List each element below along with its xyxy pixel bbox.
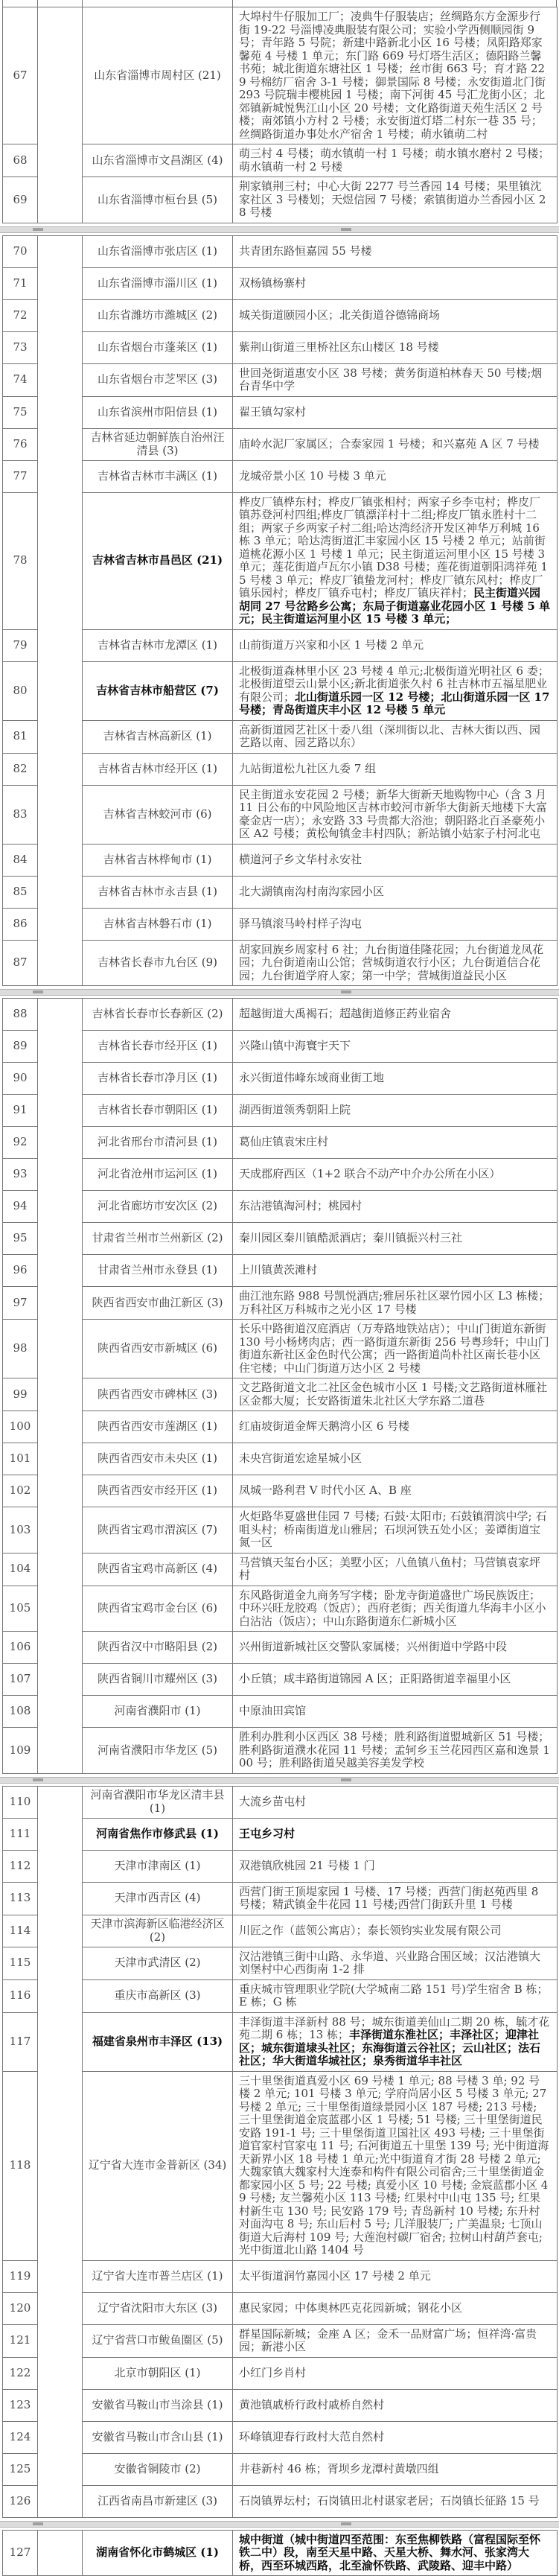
address-cell: 庙岭水泥厂家属区；合泰家园 1 号楼；和兴嘉苑 A 区 7 号楼 (233, 428, 558, 460)
address-segment: 小丘镇；咸丰路街道锦园 A 区；正阳路街道幸福里小区 (239, 1672, 511, 1685)
address-cell: 惠民家园；中体奥林匹克花园新城；钢花小区 (233, 2292, 558, 2324)
address-cell: 共青团东路恒嘉园 55 号楼 (233, 235, 558, 267)
region-cell: 辽宁省大连市金普新区 (34) (83, 2071, 233, 2260)
address-cell: 北极街道森林里小区 23 号楼 4 单元;北极街道光明社区 6 委；北极街道望云… (233, 661, 558, 720)
address-cell: 大流乡苗屯村 (233, 1786, 558, 1818)
row-number-cell: 116 (3, 1979, 38, 2012)
address-segment: 兴州街道新城社区交警队家属楼；兴州街道中学路中段 (239, 1640, 507, 1653)
address-segment: 汉沽港镇三街中山路、永华道、兴业路合围区域；汉沽港镇大刘堡村中心西街南 1-2 … (239, 1950, 540, 1976)
address-segment: 太平街道润竹嘉园小区 17 号楼 2 单元 (239, 2269, 431, 2283)
address-cell: 葛仙庄镇袁宋庄村 (233, 1127, 558, 1159)
table-row: 90吉林省长春市净月区 (1)永兴街道伟峰东域商业街工地 (3, 1063, 558, 1095)
page-break-tick (341, 990, 351, 993)
table-row: 98陕西省西安市新城区 (6)长乐中路街道汉庭酒店（万寿路地铁站店）；中山门街道… (3, 1320, 558, 1378)
region-cell: 陕西省西安市新城区 (6) (83, 1320, 233, 1378)
row-number-cell: 104 (3, 1553, 38, 1586)
table-row: 77吉林省吉林市丰满区 (1)龙城帝景小区 10 号楼 3 单元 (3, 460, 558, 492)
address-segment: 萌三村 4 号楼；萌水镇萌一村 1 号楼；萌水镇水磨村 2 号楼；萌水镇萌一村 … (239, 147, 549, 174)
address-segment: 双港镇欣桃园 21 号楼 1 门 (239, 1859, 375, 1872)
page-break-tick (341, 228, 351, 231)
table-row: 95甘肃省兰州市兰州新区 (2)秦川园区秦川镇酷派酒店；秦川镇振兴村三社 (3, 1223, 558, 1255)
region-cell: 陕西省西安市莲湖区 (1) (83, 1411, 233, 1443)
region-cell: 吉林省吉林市昌邑区 (21) (83, 492, 233, 629)
address-segment: 曲江池东路 988 号凯悦酒店;雅居乐社区翠竹园小区 L3 栋楼；万科社区万科城… (239, 1289, 549, 1316)
address-cell: 兴州街道新城社区交警队家属楼；兴州街道中学路中段 (233, 1632, 558, 1664)
address-cell: 小丘镇；咸丰路街道锦园 A 区；正阳路街道幸福里小区 (233, 1664, 558, 1696)
row-number-cell: 81 (3, 720, 38, 753)
address-segment: 东沽港镇淘河村；桃园村 (239, 1199, 362, 1212)
address-segment: 火炬路华夏盛世佳园 7 号楼; 石鼓·太阳市; 石鼓镇渭滨中学; 石咀头村；桥南… (239, 1510, 546, 1549)
table-row: 117福建省泉州市丰泽区 (13)丰泽街道丰泽新村 88 号；城东街道美仙山二期… (3, 2012, 558, 2071)
address-segment: 中原油田宾馆 (239, 1704, 306, 1717)
table-row: 104陕西省宝鸡市高新区 (4)马营镇天玺台小区；美墅小区；八鱼镇八鱼村；马营镇… (3, 1553, 558, 1586)
address-cell: 凤城一路利君 V 时代小区 A、B 座 (233, 1475, 558, 1507)
row-number-cell: 103 (3, 1507, 38, 1553)
region-cell: 安徽省铜陵市 (2) (83, 2453, 233, 2485)
address-cell: 胜利办胜利小区西区 38 号楼；胜利路街道盟城新区 51 号楼；胜利路街道濮水花… (233, 1728, 558, 1774)
table-row: 67山东省淄博市周村区 (21)大埠村牛仔服加工厂；凌典牛仔服装店；丝绸路东方金… (3, 7, 558, 144)
spacer-column-cell (38, 7, 83, 223)
table-row: 126江西省南昌市新建区 (3)石岗镇界坛村；石岗镇田北村谌家老居；石岗镇长征路… (3, 2485, 558, 2517)
row-number-cell: 85 (3, 876, 38, 908)
address-cell: 超越街道大禹褐石；超越街道修正药业宿舍 (233, 999, 558, 1031)
region-cell: 江西省南昌市新建区 (3) (83, 2485, 233, 2517)
address-cell: 丰泽街道丰泽新村 88 号；城东街道美仙山二期 20 栋，毓才花苑二期 6 栋；… (233, 2012, 558, 2071)
table-row: 127湖南省怀化市鹤城区 (1)城中街道（城中街道四至范围：东至焦柳铁路（富程国… (3, 2530, 558, 2576)
row-number-cell: 70 (3, 235, 38, 267)
table-row: 101陕西省西安市未央区 (1)未央宫街道宏途星城小区 (3, 1443, 558, 1475)
address-cell: 汉沽港镇三街中山路、永华道、兴业路合围区域；汉沽港镇大刘堡村中心西街南 1-2 … (233, 1947, 558, 1979)
row-number-cell: 87 (3, 940, 38, 986)
region-cell: 吉林省延边朝鲜族自治州汪清县 (3) (83, 428, 233, 460)
table-row: 89吉林省长春市经开区 (1)兴隆山镇中海寰宇天下 (3, 1031, 558, 1063)
region-cell: 山东省烟台市芝罘区 (3) (83, 363, 233, 396)
region-cell: 山东省淄博市周村区 (21) (83, 7, 233, 144)
row-number-cell: 67 (3, 7, 38, 144)
address-cell: 太平街道润竹嘉园小区 17 号楼 2 单元 (233, 2260, 558, 2292)
row-number-cell: 76 (3, 428, 38, 460)
address-segment: 民主街道永安花园 2 号楼；新华大街新天地购物中心（含 3 月 11 日公布的中… (239, 788, 547, 841)
region-cell: 天津市西青区 (4) (83, 1882, 233, 1915)
address-segment: 王屯乡习村 (239, 1827, 295, 1840)
risk-area-table-section-2: 70山东省淄博市张店区 (1)共青团东路恒嘉园 55 号楼71山东省淄博市淄川区… (2, 235, 558, 987)
address-segment: 永兴街道伟峰东域商业街工地 (239, 1071, 384, 1084)
region-cell: 辽宁省营口市鲅鱼圈区 (5) (83, 2324, 233, 2357)
spacer-column-cell (38, 2530, 83, 2576)
risk-area-table-section-5: 127湖南省怀化市鹤城区 (1)城中街道（城中街道四至范围：东至焦柳铁路（富程国… (2, 2530, 558, 2576)
row-number-cell: 115 (3, 1947, 38, 1979)
address-cell: 火炬路华夏盛世佳园 7 号楼; 石鼓·太阳市; 石鼓镇渭滨中学; 石咀头村；桥南… (233, 1507, 558, 1553)
row-number-cell: 108 (3, 1696, 38, 1728)
region-cell: 陕西省宝鸡市金台区 (6) (83, 1586, 233, 1632)
table-row: 73山东省烟台市蓬莱区 (1)紫荆山街道三里桥社区东山楼区 18 号楼 (3, 331, 558, 363)
risk-area-table-section-1: 67山东省淄博市周村区 (21)大埠村牛仔服加工厂；凌典牛仔服装店；丝绸路东方金… (2, 7, 558, 223)
address-cell: 曲江池东路 988 号凯悦酒店;雅居乐社区翠竹园小区 L3 栋楼；万科社区万科城… (233, 1287, 558, 1320)
row-number-cell: 74 (3, 363, 38, 396)
table-row: 122北京市朝阳区 (1)小红门乡肖村 (3, 2357, 558, 2389)
row-number-cell: 119 (3, 2260, 38, 2292)
region-cell: 山东省淄博市张店区 (1) (83, 235, 233, 267)
table-row: 106陕西省汉中市略阳县 (2)兴州街道新城社区交警队家属楼；兴州街道中学路中段 (3, 1632, 558, 1664)
region-cell: 吉林省长春市朝阳区 (1) (83, 1095, 233, 1127)
region-cell: 陕西省西安市碑林区 (3) (83, 1378, 233, 1411)
address-segment: 重庆城市管理职业学院(大学城南二路 151 号)学生宿舍 B 栋；E 栋；G 栋 (239, 1982, 548, 2009)
region-cell: 福建省泉州市丰泽区 (13) (83, 2012, 233, 2071)
address-cell: 长乐中路街道汉庭酒店（万寿路地铁站店）；中山门街道东新街 130 号小杨烤肉店；… (233, 1320, 558, 1378)
row-number-cell: 117 (3, 2012, 38, 2071)
address-cell: 翟王镇勾家村 (233, 396, 558, 428)
row-number-cell: 111 (3, 1818, 38, 1850)
row-number-cell: 79 (3, 629, 38, 661)
table-row: 100陕西省西安市莲湖区 (1)红庙坡街道金辉天鹅湾小区 6 号楼 (3, 1411, 558, 1443)
row-number-cell: 98 (3, 1320, 38, 1378)
address-cell: 东风路街道金九商务写字楼；卧龙寺街道盛世广场民族饭庄；中环兴旺龙胶鸡（饭店）；西… (233, 1586, 558, 1632)
page-break-tick (33, 990, 43, 993)
address-segment: 群星国际新城；金座 A 区；金禾一品财富广场；恒祥湾·富贵园；新港小区 (239, 2327, 537, 2354)
row-number-cell: 113 (3, 1882, 38, 1915)
row-number-cell: 95 (3, 1223, 38, 1255)
address-cell: 秦川园区秦川镇酷派酒店；秦川镇振兴村三社 (233, 1223, 558, 1255)
table-row: 75山东省滨州市阳信县 (1)翟王镇勾家村 (3, 396, 558, 428)
address-cell: 东沽港镇淘河村；桃园村 (233, 1191, 558, 1223)
address-segment: 龙城帝景小区 10 号楼 3 单元 (239, 469, 386, 483)
region-cell: 吉林省长春市经开区 (1) (83, 1031, 233, 1063)
address-segment: 共青团东路恒嘉园 55 号楼 (239, 244, 372, 258)
row-number-cell: 97 (3, 1287, 38, 1320)
address-cell: 环峰镇迎春行政村大范自然村 (233, 2421, 558, 2453)
address-segment: 大埠村牛仔服加工厂；凌典牛仔服装店；丝绸路东方金源步行街 19-22 号淄博凌典… (239, 10, 546, 141)
address-cell: 湖西街道领秀朝阳上院 (233, 1095, 558, 1127)
address-segment: 庙岭水泥厂家属区；合泰家园 1 号楼；和兴嘉苑 A 区 7 号楼 (239, 437, 540, 451)
region-cell: 陕西省西安市经开区 (1) (83, 1475, 233, 1507)
region-cell: 重庆市高新区 (3) (83, 1979, 233, 2012)
row-number-cell: 83 (3, 785, 38, 844)
address-cell: 川匠之作（蓝领公寓店）；泰长领钧实业发展有限公司 (233, 1915, 558, 1947)
region-cell: 辽宁省沈阳市大东区 (3) (83, 2292, 233, 2324)
table-row: 113天津市西青区 (4)西营门街王顶堤家园 1 号楼、17 号楼；西营门街赵苑… (3, 1882, 558, 1915)
address-segment: 北大湖镇南沟村南沟家园小区 (239, 885, 384, 898)
address-segment: 超越街道大禹褐石；超越街道修正药业宿舍 (239, 1007, 451, 1020)
address-cell: 桦皮厂镇桦东村；桦皮厂镇张相村；两家子乡李屯村；桦皮厂镇苏登河村四组;桦皮厂镇漂… (233, 492, 558, 629)
spacer-column-cell (38, 1786, 83, 2517)
table-row: 125安徽省铜陵市 (2)井巷新村 46 栋；胥坝乡龙潭村黄墩四组 (3, 2453, 558, 2485)
region-cell: 陕西省西安市曲江新区 (3) (83, 1287, 233, 1320)
address-cell: 紫荆山街道三里桥社区东山楼区 18 号楼 (233, 331, 558, 363)
table-row: 99陕西省西安市碑林区 (3)文艺路街道文北二社区金色城市小区 1 号楼;文艺路… (3, 1378, 558, 1411)
row-number-cell: 112 (3, 1850, 38, 1882)
column-border-line (556, 0, 557, 7)
row-number-cell: 96 (3, 1255, 38, 1287)
address-segment: 横道河子乡文华村永安社 (239, 853, 362, 866)
row-number-cell: 77 (3, 460, 38, 492)
table-row: 79吉林省吉林市龙潭区 (1)山前街道万兴家和小区 1 号楼 2 单元 (3, 629, 558, 661)
table-row: 120辽宁省沈阳市大东区 (3)惠民家园；中体奥林匹克花园新城；钢花小区 (3, 2292, 558, 2324)
address-segment: 荆家镇荆三村；中心大街 2277 号兰香园 14 号楼；果里镇沈家社区 3 号楼… (239, 179, 546, 219)
address-segment: 长乐中路街道汉庭酒店（万寿路地铁站店）；中山门街道东新街 130 号小杨烤肉店；… (239, 1322, 549, 1375)
address-segment: 井巷新村 46 栋；胥坝乡龙潭村黄墩四组 (239, 2462, 439, 2475)
address-cell: 城中街道（城中街道四至范围：东至焦柳铁路（富程国际至怀铁二中）段，南至天星中路、… (233, 2530, 558, 2576)
region-cell: 天津市武清区 (2) (83, 1947, 233, 1979)
address-cell: 高新街道园艺社区十委八组（深圳街以北、吉林大街以西、园艺路以南、园艺路以东） (233, 720, 558, 753)
region-cell: 安徽省马鞍山市含山县 (1) (83, 2421, 233, 2453)
address-segment: 双杨镇杨寨村 (239, 276, 306, 290)
row-number-cell: 120 (3, 2292, 38, 2324)
address-segment: 城关街道颐园小区；北关街道谷德锦商场 (239, 308, 440, 322)
region-cell: 山东省滨州市阳信县 (1) (83, 396, 233, 428)
region-cell: 河北省邢台市清河县 (1) (83, 1127, 233, 1159)
address-segment: 凤城一路利君 V 时代小区 A、B 座 (239, 1483, 412, 1497)
address-segment: 兴隆山镇中海寰宇天下 (239, 1039, 351, 1052)
region-cell: 吉林省吉林市龙潭区 (1) (83, 629, 233, 661)
address-segment: 湖西街道领秀朝阳上院 (239, 1103, 351, 1116)
page-break-band (0, 1774, 559, 1786)
address-cell: 龙城帝景小区 10 号楼 3 单元 (233, 460, 558, 492)
row-number-cell: 91 (3, 1095, 38, 1127)
address-segment: 高新街道园艺社区十委八组（深圳街以北、吉林大街以西、园艺路以南、园艺路以东） (239, 723, 540, 750)
row-number-cell: 89 (3, 1031, 38, 1063)
table-row: 108河南省濮阳市 (1)中原油田宾馆 (3, 1696, 558, 1728)
row-number-cell: 107 (3, 1664, 38, 1696)
address-cell: 三十里堡街道真爱小区 69 号楼 1 单元; 88 号楼 3 单; 92 号楼 … (233, 2071, 558, 2260)
table-row: 123安徽省马鞍山市当涂县 (1)黄池镇戚桥行政村戚桥自然村 (3, 2389, 558, 2421)
region-cell: 河南省濮阳市 (1) (83, 1696, 233, 1728)
table-row: 84吉林省吉林桦甸市 (1)横道河子乡文华村永安社 (3, 844, 558, 876)
row-number-cell: 118 (3, 2071, 38, 2260)
region-cell: 吉林省长春市长春新区 (2) (83, 999, 233, 1031)
row-number-cell: 99 (3, 1378, 38, 1411)
address-segment: 石岗镇界坛村；石岗镇田北村谌家老居；石岗镇长征路 15 号 (239, 2494, 540, 2507)
spacer-column-cell (38, 999, 83, 1774)
address-segment: 环峰镇迎春行政村大范自然村 (239, 2430, 384, 2443)
column-border-line (37, 0, 38, 7)
address-segment: 紫荆山街道三里桥社区东山楼区 18 号楼 (239, 340, 439, 354)
table-row: 121辽宁省营口市鲅鱼圈区 (5)群星国际新城；金座 A 区；金禾一品财富广场；… (3, 2324, 558, 2357)
table-row: 105陕西省宝鸡市金台区 (6)东风路街道金九商务写字楼；卧龙寺街道盛世广场民族… (3, 1586, 558, 1632)
address-cell: 大埠村牛仔服加工厂；凌典牛仔服装店；丝绸路东方金源步行街 19-22 号淄博凌典… (233, 7, 558, 144)
table-row: 107陕西省铜川市耀州区 (3)小丘镇；咸丰路街道锦园 A 区；正阳路街道幸福里… (3, 1664, 558, 1696)
row-number-cell: 90 (3, 1063, 38, 1095)
row-number-cell: 127 (3, 2530, 38, 2576)
page-break-band (0, 223, 559, 235)
address-segment: 胡家回族乡周家村 6 社；九台街道佳隆花园；九台街道龙凤花园；九台街道南山公馆；… (239, 943, 543, 982)
row-number-cell: 94 (3, 1191, 38, 1223)
table-row: 110河南省濮阳市华龙区清丰县 (1)大流乡苗屯村 (3, 1786, 558, 1818)
address-cell: 井巷新村 46 栋；胥坝乡龙潭村黄墩四组 (233, 2453, 558, 2485)
row-number-cell: 109 (3, 1728, 38, 1774)
region-cell: 辽宁省大连市普兰店区 (1) (83, 2260, 233, 2292)
region-cell: 甘肃省兰州市兰州新区 (2) (83, 1223, 233, 1255)
address-cell: 世回尧街道惠安小区 38 号楼；黄务街道柏林春天 50 号楼;烟台青华中学 (233, 363, 558, 396)
column-border-line (2, 0, 3, 7)
table-row: 93河北省沧州市运河区 (1)天成郡府西区（1+2 联合不动产中介办公所在小区） (3, 1159, 558, 1191)
address-cell: 横道河子乡文华村永安社 (233, 844, 558, 876)
row-number-cell: 122 (3, 2357, 38, 2389)
row-number-cell: 102 (3, 1475, 38, 1507)
page-break-tick (341, 2522, 351, 2525)
address-segment: 天成郡府西区（1+2 联合不动产中介办公所在小区） (239, 1167, 500, 1180)
address-cell: 马营镇天玺台小区；美墅小区；八鱼镇八鱼村；马营镇袁家坪村 (233, 1553, 558, 1586)
address-cell: 王屯乡习村 (233, 1818, 558, 1850)
row-number-cell: 101 (3, 1443, 38, 1475)
row-number-cell: 125 (3, 2453, 38, 2485)
region-cell: 山东省淄博市淄川区 (1) (83, 267, 233, 299)
row-number-cell: 69 (3, 177, 38, 223)
address-segment: 惠民家园；中体奥林匹克花园新城；钢花小区 (239, 2301, 462, 2315)
row-number-cell: 84 (3, 844, 38, 876)
region-cell: 吉林省吉林蛟河市 (6) (83, 785, 233, 844)
address-segment: 东风路街道金九商务写字楼；卧龙寺街道盛世广场民族饭庄；中环兴旺龙胶鸡（饭店）；西… (239, 1588, 546, 1628)
region-cell: 山东省淄博市桓台县 (5) (83, 177, 233, 223)
region-cell: 陕西省铜川市耀州区 (3) (83, 1664, 233, 1696)
row-number-cell: 110 (3, 1786, 38, 1818)
address-cell: 萌三村 4 号楼；萌水镇萌一村 1 号楼；萌水镇水磨村 2 号楼；萌水镇萌一村 … (233, 144, 558, 177)
address-cell: 荆家镇荆三村；中心大街 2277 号兰香园 14 号楼；果里镇沈家社区 3 号楼… (233, 177, 558, 223)
row-number-cell: 100 (3, 1411, 38, 1443)
table-row: 91吉林省长春市朝阳区 (1)湖西街道领秀朝阳上院 (3, 1095, 558, 1127)
region-cell: 甘肃省兰州市永登县 (1) (83, 1255, 233, 1287)
column-border-line (82, 0, 83, 7)
region-cell: 陕西省宝鸡市渭滨区 (7) (83, 1507, 233, 1553)
address-segment: 文艺路街道文北二社区金色城市小区 1 号楼;文艺路街道林雁社区金都大厦；长安路街… (239, 1381, 547, 1408)
address-segment: 川匠之作（蓝领公寓店）；泰长领钧实业发展有限公司 (239, 1924, 502, 1937)
address-cell: 小红门乡肖村 (233, 2357, 558, 2389)
address-segment: 秦川园区秦川镇酷派酒店；秦川镇振兴村三社 (239, 1231, 462, 1244)
row-number-cell: 72 (3, 299, 38, 331)
table-row: 111河南省焦作市修武县 (1)王屯乡习村 (3, 1818, 558, 1850)
region-cell: 陕西省西安市未央区 (1) (83, 1443, 233, 1475)
row-number-cell: 106 (3, 1632, 38, 1664)
region-cell: 山东省淄博市文昌湖区 (4) (83, 144, 233, 177)
region-cell: 陕西省汉中市略阳县 (2) (83, 1632, 233, 1664)
row-number-cell: 105 (3, 1586, 38, 1632)
region-cell: 山东省潍坊市潍城区 (2) (83, 299, 233, 331)
address-segment: 马营镇天玺台小区；美墅小区；八鱼镇八鱼村；马营镇袁家坪村 (239, 1556, 540, 1583)
row-number-cell: 68 (3, 144, 38, 177)
region-cell: 河北省廊坊市安次区 (2) (83, 1191, 233, 1223)
table-row: 76吉林省延边朝鲜族自治州汪清县 (3)庙岭水泥厂家属区；合泰家园 1 号楼；和… (3, 428, 558, 460)
page-break-tick (33, 2522, 43, 2525)
table-row: 96甘肃省兰州市永登县 (1)上川镇黄茨滩村 (3, 1255, 558, 1287)
page-break-band (0, 2518, 559, 2530)
risk-area-table-section-3: 88吉林省长春市长春新区 (2)超越街道大禹褐石；超越街道修正药业宿舍89吉林省… (2, 998, 558, 1774)
region-cell: 吉林省吉林市船营区 (7) (83, 661, 233, 720)
address-segment: 世回尧街道惠安小区 38 号楼；黄务街道柏林春天 50 号楼;烟台青华中学 (239, 366, 542, 393)
table-row: 119辽宁省大连市普兰店区 (1)太平街道润竹嘉园小区 17 号楼 2 单元 (3, 2260, 558, 2292)
address-cell: 山前街道万兴家和小区 1 号楼 2 单元 (233, 629, 558, 661)
address-segment: 黄池镇戚桥行政村戚桥自然村 (239, 2398, 384, 2411)
table-row: 115天津市武清区 (2)汉沽港镇三街中山路、永华道、兴业路合围区域；汉沽港镇大… (3, 1947, 558, 1979)
row-number-cell: 73 (3, 331, 38, 363)
address-segment: 三十里堡街道真爱小区 69 号楼 1 单元; 88 号楼 3 单; 92 号楼 … (239, 2074, 549, 2257)
address-cell: 群星国际新城；金座 A 区；金禾一品财富广场；恒祥湾·富贵园；新港小区 (233, 2324, 558, 2357)
table-row: 87吉林省长春市九台区 (9)胡家回族乡周家村 6 社；九台街道佳隆花园；九台街… (3, 940, 558, 986)
address-segment: 山前街道万兴家和小区 1 号楼 2 单元 (239, 638, 424, 652)
address-cell: 上川镇黄茨滩村 (233, 1255, 558, 1287)
region-cell: 吉林省长春市九台区 (9) (83, 940, 233, 986)
region-cell: 河南省濮阳市华龙区清丰县 (1) (83, 1786, 233, 1818)
address-cell: 兴隆山镇中海寰宇天下 (233, 1031, 558, 1063)
table-row: 78吉林省吉林市昌邑区 (21)桦皮厂镇桦东村；桦皮厂镇张相村；两家子乡李屯村；… (3, 492, 558, 629)
address-cell: 石岗镇界坛村；石岗镇田北村谌家老居；石岗镇长征路 15 号 (233, 2485, 558, 2517)
table-row: 69山东省淄博市桓台县 (5)荆家镇荆三村；中心大街 2277 号兰香园 14 … (3, 177, 558, 223)
risk-area-table-section-4: 110河南省濮阳市华龙区清丰县 (1)大流乡苗屯村111河南省焦作市修武县 (1… (2, 1786, 558, 2518)
address-cell: 永兴街道伟峰东域商业街工地 (233, 1063, 558, 1095)
row-number-cell: 93 (3, 1159, 38, 1191)
table-row: 97陕西省西安市曲江新区 (3)曲江池东路 988 号凯悦酒店;雅居乐社区翠竹园… (3, 1287, 558, 1320)
table-row: 70山东省淄博市张店区 (1)共青团东路恒嘉园 55 号楼 (3, 235, 558, 267)
address-cell: 重庆城市管理职业学院(大学城南二路 151 号)学生宿舍 B 栋；E 栋；G 栋 (233, 1979, 558, 2012)
table-row: 109河南省濮阳市华龙区 (5)胜利办胜利小区西区 38 号楼；胜利路街道盟城新… (3, 1728, 558, 1774)
region-cell: 陕西省宝鸡市高新区 (4) (83, 1553, 233, 1586)
address-cell: 黄池镇戚桥行政村戚桥自然村 (233, 2389, 558, 2421)
row-number-cell: 80 (3, 661, 38, 720)
address-segment: 翟王镇勾家村 (239, 405, 306, 419)
table-row: 72山东省潍坊市潍城区 (2)城关街道颐园小区；北关街道谷德锦商场 (3, 299, 558, 331)
address-segment: 葛仙庄镇袁宋庄村 (239, 1135, 328, 1148)
table-row: 112天津市津南区 (1)双港镇欣桃园 21 号楼 1 门 (3, 1850, 558, 1882)
region-cell: 吉林省吉林市永吉县 (1) (83, 876, 233, 908)
table-row: 86吉林省吉林磐石市 (1)驿马镇滚马岭村样子沟屯 (3, 908, 558, 940)
table-row: 83吉林省吉林蛟河市 (6)民主街道永安花园 2 号楼；新华大街新天地购物中心（… (3, 785, 558, 844)
row-number-cell: 121 (3, 2324, 38, 2357)
top-edge-partial-row (2, 0, 557, 7)
region-cell: 河南省焦作市修武县 (1) (83, 1818, 233, 1850)
row-number-cell: 123 (3, 2389, 38, 2421)
risk-area-list-document: 67山东省淄博市周村区 (21)大埠村牛仔服加工厂；凌典牛仔服装店；丝绸路东方金… (0, 7, 559, 2576)
table-row: 88吉林省长春市长春新区 (2)超越街道大禹褐石；超越街道修正药业宿舍 (3, 999, 558, 1031)
row-number-cell: 71 (3, 267, 38, 299)
table-row: 124安徽省马鞍山市含山县 (1)环峰镇迎春行政村大范自然村 (3, 2421, 558, 2453)
address-cell: 胡家回族乡周家村 6 社；九台街道佳隆花园；九台街道龙凤花园；九台街道南山公馆；… (233, 940, 558, 986)
address-cell: 天成郡府西区（1+2 联合不动产中介办公所在小区） (233, 1159, 558, 1191)
address-segment: 上川镇黄茨滩村 (239, 1263, 317, 1276)
column-border-line (232, 0, 233, 7)
region-cell: 吉林省长春市净月区 (1) (83, 1063, 233, 1095)
page-break-stripe (0, 2521, 559, 2528)
address-segment: 大流乡苗屯村 (239, 1795, 306, 1808)
page-break-tick (33, 1778, 43, 1781)
region-cell: 湖南省怀化市鹤城区 (1) (83, 2530, 233, 2576)
region-cell: 河南省濮阳市华龙区 (5) (83, 1728, 233, 1774)
page-break-band (0, 986, 559, 998)
table-row: 116重庆市高新区 (3)重庆城市管理职业学院(大学城南二路 151 号)学生宿… (3, 1979, 558, 2012)
row-number-cell: 92 (3, 1127, 38, 1159)
page-break-stripe (0, 226, 559, 233)
row-number-cell: 114 (3, 1915, 38, 1947)
region-cell: 山东省烟台市蓬莱区 (1) (83, 331, 233, 363)
address-segment: 小红门乡肖村 (239, 2366, 306, 2379)
address-cell: 驿马镇滚马岭村样子沟屯 (233, 908, 558, 940)
address-cell: 文艺路街道文北二社区金色城市小区 1 号楼;文艺路街道林雁社区金都大厦；长安路街… (233, 1378, 558, 1411)
address-segment: 胜利办胜利小区西区 38 号楼；胜利路街道盟城新区 51 号楼；胜利路街道濮水花… (239, 1730, 550, 1769)
address-cell: 未央宫街道宏途星城小区 (233, 1443, 558, 1475)
table-row: 94河北省廊坊市安次区 (2)东沽港镇淘河村；桃园村 (3, 1191, 558, 1223)
page-break-tick (33, 228, 43, 231)
row-number-cell: 78 (3, 492, 38, 629)
region-cell: 吉林省吉林市经开区 (1) (83, 753, 233, 785)
address-cell: 双杨镇杨寨村 (233, 267, 558, 299)
row-number-cell: 124 (3, 2421, 38, 2453)
address-segment: 桦皮厂镇桦东村；桦皮厂镇张相村；两家子乡李屯村；桦皮厂镇苏登河村四组;桦皮厂镇漂… (239, 495, 548, 600)
table-row: 80吉林省吉林市船营区 (7)北极街道森林里小区 23 号楼 4 单元;北极街道… (3, 661, 558, 720)
page-break-tick (341, 1778, 351, 1781)
region-cell: 河北省沧州市运河区 (1) (83, 1159, 233, 1191)
table-row: 81吉林省吉林高新区 (1)高新街道园艺社区十委八组（深圳街以北、吉林大街以西、… (3, 720, 558, 753)
region-cell: 吉林省吉林磐石市 (1) (83, 908, 233, 940)
address-segment: 九站街道松九社区九委 7 组 (239, 762, 376, 775)
address-cell: 双港镇欣桃园 21 号楼 1 门 (233, 1850, 558, 1882)
region-cell: 北京市朝阳区 (1) (83, 2357, 233, 2389)
